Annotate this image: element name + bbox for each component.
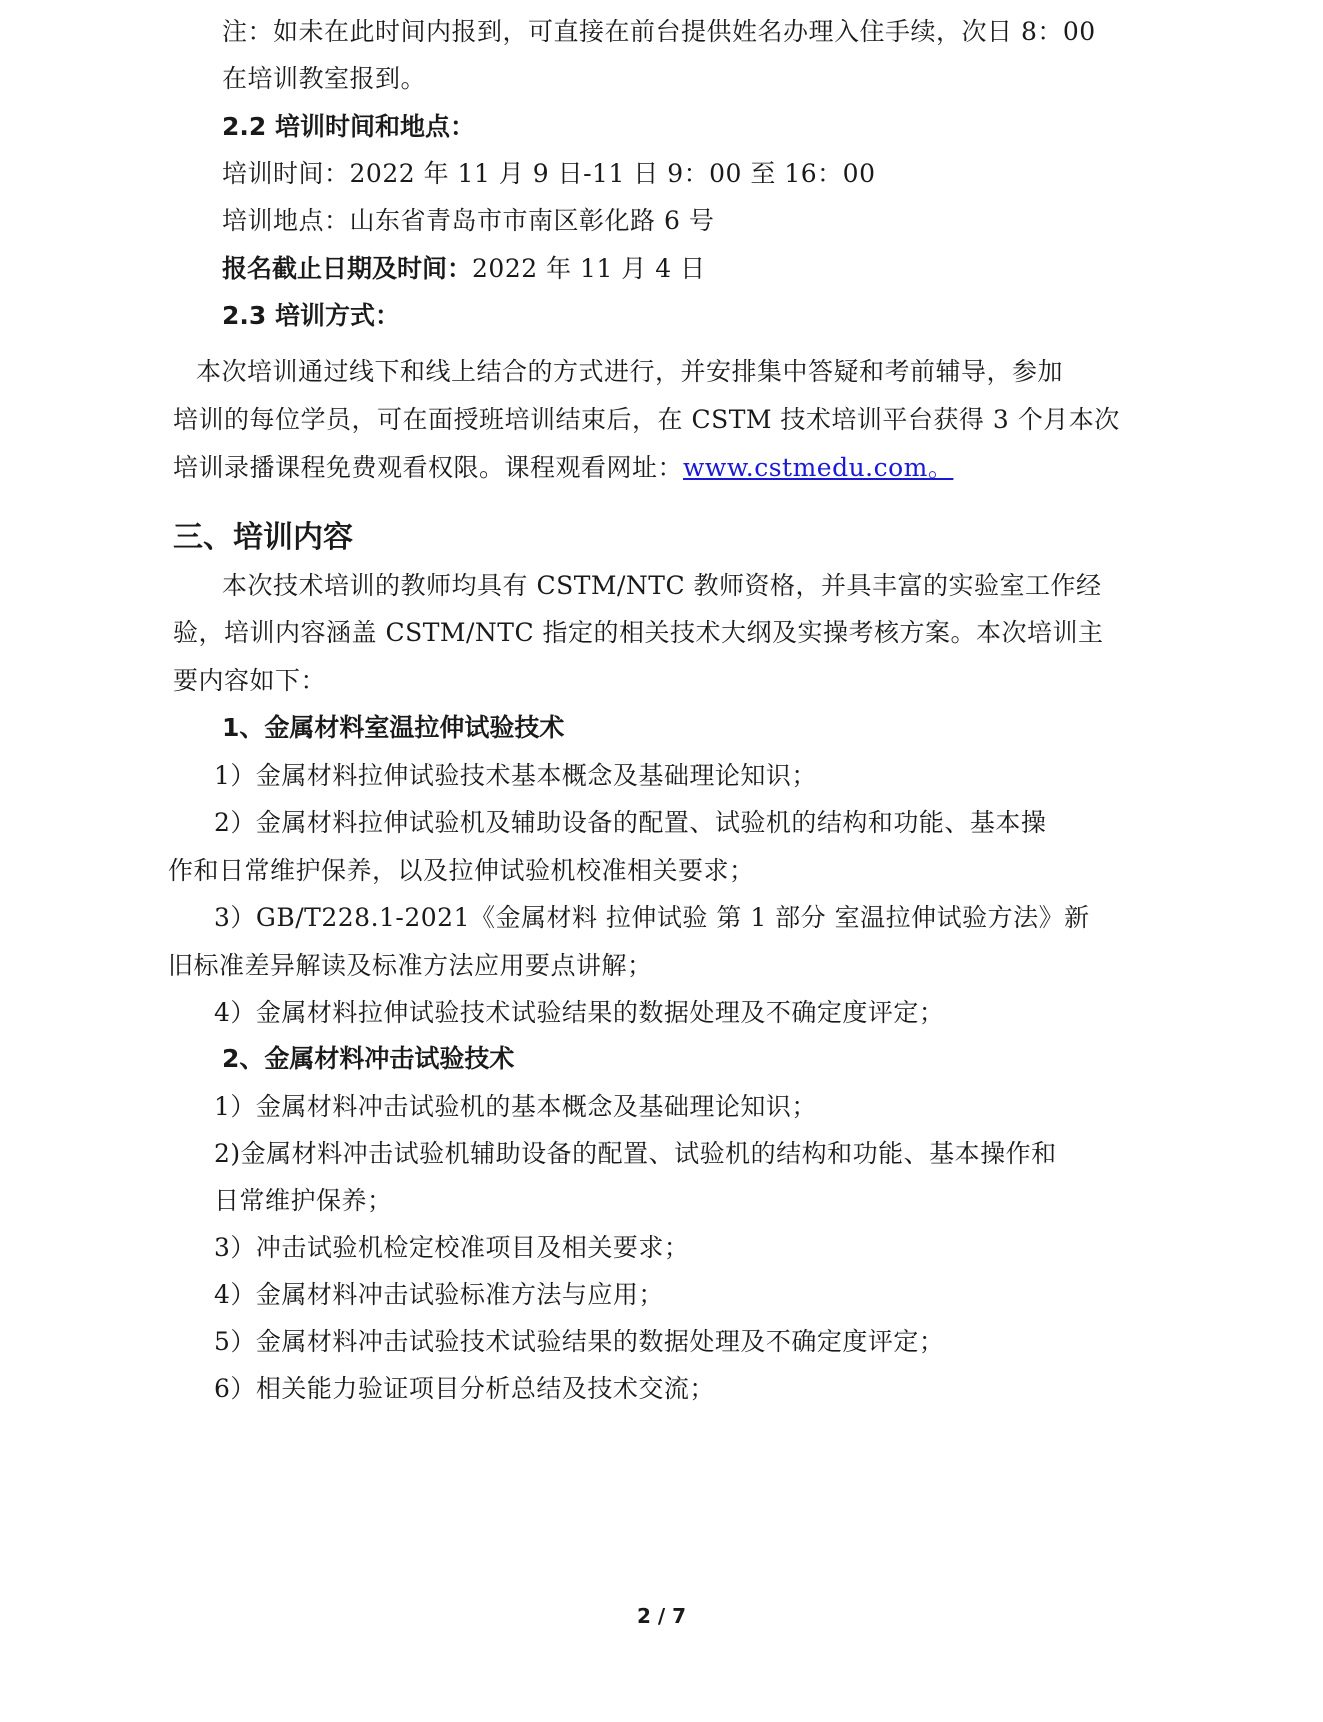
topic-1-item: 3）GB/T228.1-2021《金属材料 拉伸试验 第 1 部分 室温拉伸试验… — [214, 902, 1090, 934]
topic-2-item: 1）金属材料冲击试验机的基本概念及基础理论知识； — [214, 1091, 817, 1123]
section-3-heading: 三、培训内容 — [173, 520, 353, 556]
method-para-line-2: 培训的每位学员，可在面授班培训结束后，在 CSTM 技术培训平台获得 3 个月本… — [173, 404, 1120, 436]
intro-line-3: 要内容如下： — [173, 665, 326, 697]
training-place: 培训地点：山东省青岛市市南区彰化路 6 号 — [222, 205, 714, 237]
topic-2-item: 4）金属材料冲击试验标准方法与应用； — [214, 1279, 664, 1311]
topic-1-item: 作和日常维护保养，以及拉伸试验机校准相关要求； — [168, 855, 755, 887]
note-line-2: 在培训教室报到。 — [222, 63, 426, 95]
course-url-link[interactable]: www.cstmedu.com。 — [683, 453, 953, 482]
registration-deadline: 报名截止日期及时间：2022 年 11 月 4 日 — [222, 253, 706, 285]
section-2-2-heading: 2.2 培训时间和地点： — [222, 111, 475, 143]
topic-2-heading: 2、金属材料冲击试验技术 — [222, 1043, 514, 1075]
topic-2-item: 5）金属材料冲击试验技术试验结果的数据处理及不确定度评定； — [214, 1326, 944, 1358]
method-para-line-1: 本次培训通过线下和线上结合的方式进行，并安排集中答疑和考前辅导，参加 — [196, 356, 1063, 388]
topic-2-item: 日常维护保养； — [214, 1185, 393, 1217]
training-time-label: 培训时间： — [222, 159, 350, 188]
training-place-label: 培训地点： — [222, 206, 350, 235]
deadline-value: 2022 年 11 月 4 日 — [472, 254, 706, 283]
topic-1-item: 旧标准差异解读及标准方法应用要点讲解； — [168, 950, 653, 982]
topic-1-item: 4）金属材料拉伸试验技术试验结果的数据处理及不确定度评定； — [214, 997, 944, 1029]
intro-line-2: 验，培训内容涵盖 CSTM/NTC 指定的相关技术大纲及实操考核方案。本次培训主 — [173, 617, 1104, 649]
topic-2-item: 2)金属材料冲击试验机辅助设备的配置、试验机的结构和功能、基本操作和 — [214, 1138, 1057, 1170]
intro-line-1: 本次技术培训的教师均具有 CSTM/NTC 教师资格，并具丰富的实验室工作经 — [222, 570, 1102, 602]
topic-1-item: 1）金属材料拉伸试验技术基本概念及基础理论知识； — [214, 760, 817, 792]
training-place-value: 山东省青岛市市南区彰化路 6 号 — [350, 206, 715, 235]
page-number: 2 / 7 — [0, 1604, 1323, 1628]
training-time-value: 2022 年 11 月 9 日-11 日 9：00 至 16：00 — [350, 159, 876, 188]
section-2-3-heading: 2.3 培训方式： — [222, 300, 400, 332]
training-time: 培训时间：2022 年 11 月 9 日-11 日 9：00 至 16：00 — [222, 158, 875, 190]
topic-2-item: 3）冲击试验机检定校准项目及相关要求； — [214, 1232, 689, 1264]
deadline-label: 报名截止日期及时间： — [222, 254, 472, 283]
topic-1-heading: 1、金属材料室温拉伸试验技术 — [222, 712, 564, 744]
topic-1-item: 2）金属材料拉伸试验机及辅助设备的配置、试验机的结构和功能、基本操 — [214, 807, 1046, 839]
method-para-line-3-text: 培训录播课程免费观看权限。课程观看网址： — [173, 453, 683, 482]
method-para-line-3: 培训录播课程免费观看权限。课程观看网址：www.cstmedu.com。 — [173, 452, 953, 484]
note-line-1: 注：如未在此时间内报到，可直接在前台提供姓名办理入住手续，次日 8：00 — [222, 16, 1096, 48]
topic-2-item: 6）相关能力验证项目分析总结及技术交流； — [214, 1373, 715, 1405]
